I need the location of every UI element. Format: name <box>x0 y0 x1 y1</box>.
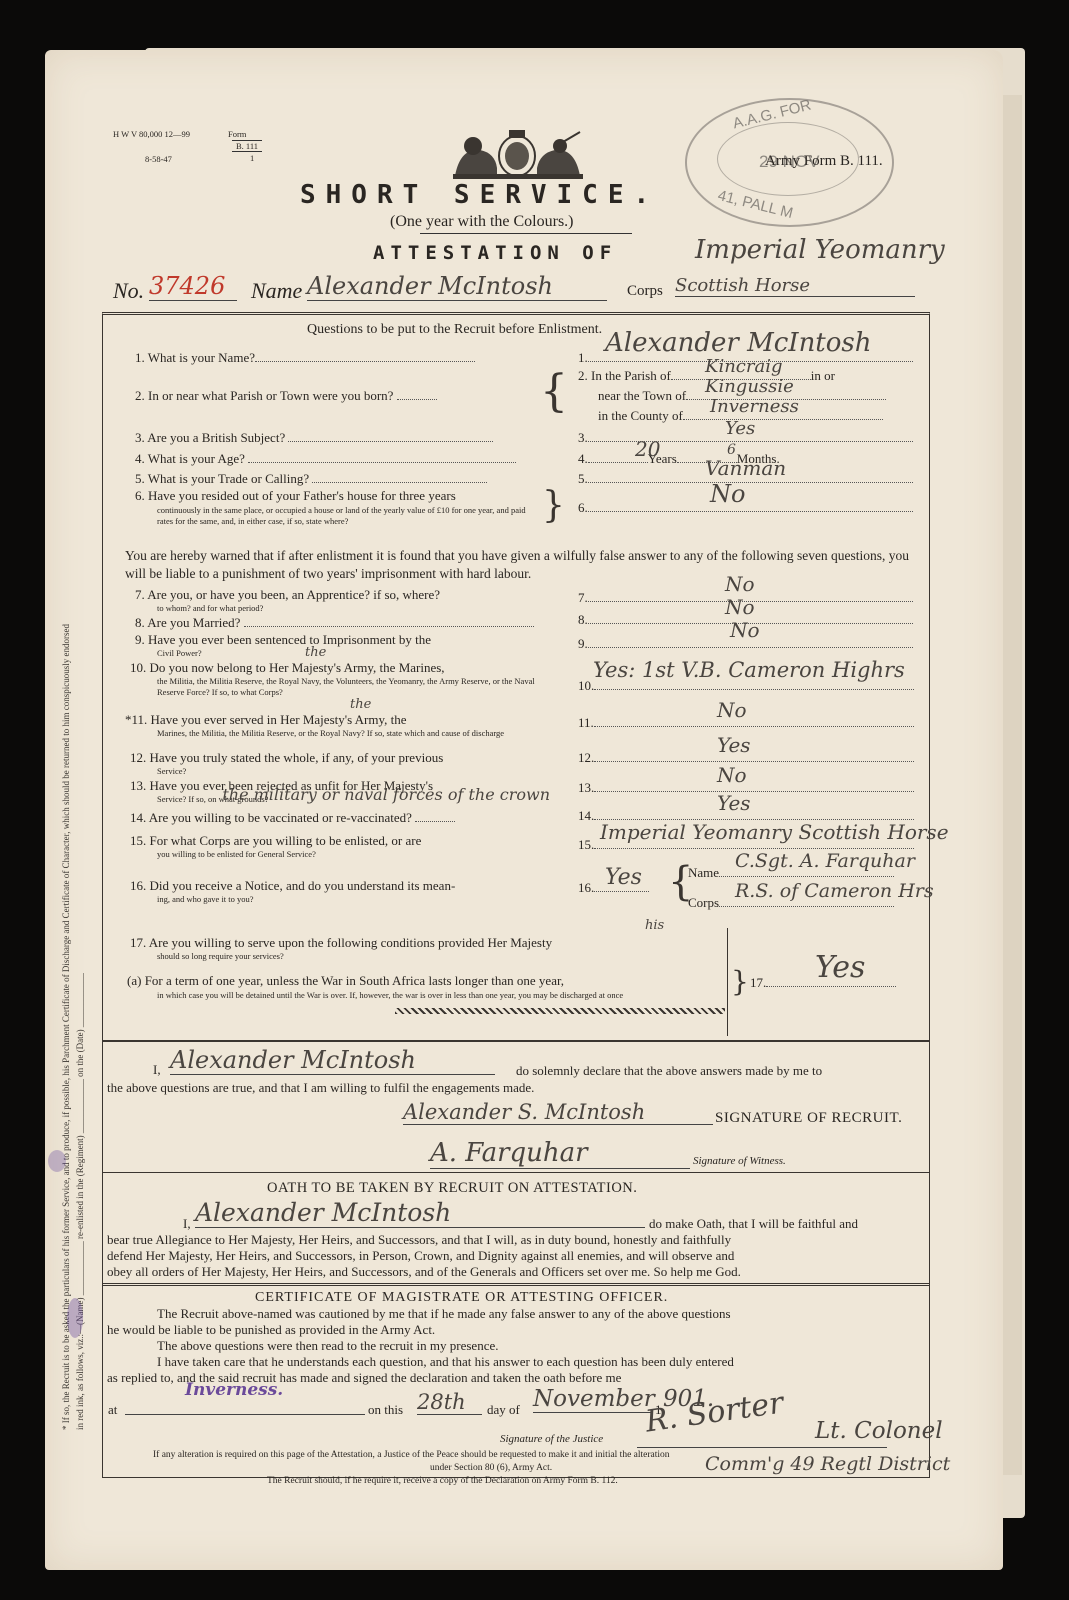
declaration-name: Alexander McIntosh <box>170 1046 495 1075</box>
on-this-label: on this <box>368 1402 403 1418</box>
question-5: 5. What is your Trade or Calling? <box>135 471 487 487</box>
answer-3-value: Yes <box>725 418 755 439</box>
age-years: 20 <box>635 437 660 461</box>
question-3: 3. Are you a British Subject? <box>135 430 493 446</box>
question-10: 10. Do you now belong to Her Majesty's A… <box>130 660 445 676</box>
oath-heading: OATH TO BE TAKEN BY RECRUIT ON ATTESTATI… <box>267 1180 637 1197</box>
condition-a: (a) For a term of one year, unless the W… <box>127 973 564 989</box>
answer-7-value: No <box>725 572 755 596</box>
oath-text1: do make Oath, that I will be faithful an… <box>649 1216 858 1232</box>
declaration-text1: do solemnly declare that the above answe… <box>516 1063 822 1079</box>
attestation-month: November <box>533 1386 653 1413</box>
question-12: 12. Have you truly stated the whole, if … <box>130 750 443 766</box>
certificate-heading: CERTIFICATE OF MAGISTRATE OR ATTESTING O… <box>255 1290 668 1306</box>
certificate-p3a: I have taken care that he understands ea… <box>157 1354 734 1370</box>
answer-16-value: Yes <box>605 865 642 890</box>
form-number: B. 111 <box>232 140 262 152</box>
regimental-number: 37426 <box>149 272 237 301</box>
oath-text2: bear true Allegiance to Her Majesty, Her… <box>107 1232 731 1248</box>
trade-value: Vanman <box>705 456 786 480</box>
answer-8-value: No <box>725 595 755 619</box>
answer-17-value: Yes <box>815 950 865 985</box>
question-17-subtext: should so long require your services? <box>157 951 284 961</box>
back-sheet-edge <box>1000 95 1022 1475</box>
notice-giver-corps-value: R.S. of Cameron Hrs <box>735 880 934 902</box>
witness-signature-label: Signature of Witness. <box>693 1155 786 1167</box>
question-8: 8. Are you Married? <box>135 615 534 631</box>
answer-9-value: No <box>730 618 760 642</box>
recruit-name: Alexander McIntosh <box>307 272 607 301</box>
attestation-heading: ATTESTATION OF <box>373 242 617 264</box>
question-15: 15. For what Corps are you willing to be… <box>130 833 421 849</box>
question-11-annotation: the <box>350 697 371 712</box>
question-16: 16. Did you receive a Notice, and do you… <box>130 878 455 894</box>
question-9: 9. Have you ever been sentenced to Impri… <box>135 632 431 648</box>
question-17-annotation: his <box>645 918 664 933</box>
notice-giver-name-value: C.Sgt. A. Farquhar <box>735 850 915 872</box>
print-code: H W V 80,000 12—99 <box>113 129 190 139</box>
attestation-day: 28th <box>417 1390 482 1415</box>
ink-smudge <box>48 1150 66 1172</box>
question-13-annotation: the military or naval forces of the crow… <box>150 785 550 804</box>
answer-13-value: No <box>717 763 747 787</box>
certificate-p1a: The Recruit above-named was cautioned by… <box>157 1306 731 1322</box>
number-label: No. <box>113 278 144 304</box>
answer-6-value: No <box>710 480 745 508</box>
oath-name: Alexander McIntosh <box>195 1198 645 1228</box>
attestation-place: Inverness. <box>185 1380 283 1400</box>
name-label: Name <box>251 278 302 304</box>
document-subtitle: (One year with the Colours.) <box>390 213 574 231</box>
question-11-subtext: Marines, the Militia, the Militia Reserv… <box>157 728 542 739</box>
footer-line2: under Section 80 (6), Army Act. <box>430 1463 552 1473</box>
question-1: 1. What is your Name? <box>135 350 550 366</box>
margin-note-line2: in red ink, as follows, viz.:—(Name) ___… <box>75 973 85 1430</box>
question-15-subtext: you willing to be enlisted for General S… <box>157 849 316 859</box>
footer-line1: If any alteration is required on this pa… <box>153 1450 670 1460</box>
document-title: SHORT SERVICE. <box>300 180 659 210</box>
justice-title: Lt. Colonel <box>815 1418 943 1444</box>
oath-prefix: I, <box>183 1216 191 1232</box>
justice-title-line2: Comm'g 49 Regtl District <box>705 1453 950 1475</box>
answer-14-value: Yes <box>717 791 751 815</box>
form-label: Form <box>228 129 246 139</box>
question-14: 14. Are you willing to be vaccinated or … <box>130 810 455 826</box>
question-7: 7. Are you, or have you been, an Apprent… <box>135 587 440 603</box>
declaration-text2: the above questions are true, and that I… <box>107 1080 534 1096</box>
print-reference: 8-58-47 <box>145 154 172 164</box>
oath-text4: obey all orders of Her Majesty, Her Heir… <box>107 1264 741 1280</box>
question-2: 2. In or near what Parish or Town were y… <box>135 388 437 404</box>
witness-signature: A. Farquhar <box>430 1138 690 1169</box>
question-17: 17. Are you willing to serve upon the fo… <box>130 935 552 951</box>
oath-text3: defend Her Majesty, Her Heirs, and Succe… <box>107 1248 734 1264</box>
question-11: *11. Have you ever served in Her Majesty… <box>125 712 407 728</box>
corps-handwritten-line2: Scottish Horse <box>675 275 915 297</box>
question-12-subtext: Service? <box>157 766 186 776</box>
question-9-subtext: Civil Power? <box>157 648 202 658</box>
birth-county: Inverness <box>710 396 799 417</box>
birth-parish: Kincraig <box>705 356 783 377</box>
ink-smudge <box>67 1298 83 1338</box>
at-label: at <box>108 1402 117 1418</box>
answer-15-value: Imperial Yeomanry Scottish Horse <box>600 820 949 844</box>
question-10-annotation: the <box>305 645 326 660</box>
army-form-number: Army Form B. 111. <box>765 153 883 170</box>
day-of-label: day of <box>487 1402 520 1418</box>
questions-heading: Questions to be put to the Recruit befor… <box>307 322 602 338</box>
condition-a-subtext: in which case you will be detained until… <box>157 990 717 1001</box>
question-10-subtext: the Militia, the Militia Reserve, the Ro… <box>157 676 542 698</box>
question-6-subtext: continuously in the same place, or occup… <box>157 505 541 527</box>
recruit-signature: Alexander S. McIntosh <box>403 1100 713 1125</box>
footer-line3: The Recruit should, if he require it, re… <box>267 1476 618 1486</box>
certificate-p1b: he would be liable to be punished as pro… <box>107 1322 435 1338</box>
form-fraction-denominator: 1 <box>250 153 254 163</box>
justice-signature-label: Signature of the Justice <box>500 1433 603 1445</box>
false-answer-warning: You are hereby warned that if after enli… <box>125 547 915 583</box>
corps-handwritten-line1: Imperial Yeomanry <box>695 235 945 265</box>
answer-12-value: Yes <box>717 733 751 757</box>
corps-label: Corps <box>627 283 663 300</box>
attestation-form-page: H W V 80,000 12—99 Form B. 111 1 8-58-47… <box>45 50 1003 1570</box>
question-6: 6. Have you resided out of your Father's… <box>135 488 456 504</box>
question-16-subtext: ing, and who gave it to you? <box>157 894 254 904</box>
birth-town: Kingussie <box>705 376 794 397</box>
answer-10-value: Yes: 1st V.B. Cameron Highrs <box>593 658 905 682</box>
answer-1-value: Alexander McIntosh <box>605 328 872 358</box>
question-4: 4. What is your Age? <box>135 451 516 467</box>
struck-out-text <box>395 1008 725 1014</box>
royal-coat-of-arms-icon <box>445 128 590 180</box>
certificate-p2: The above questions were then read to th… <box>157 1338 498 1354</box>
answer-11-value: No <box>717 698 747 722</box>
recruit-signature-label: SIGNATURE OF RECRUIT. <box>715 1110 902 1127</box>
declaration-prefix: I, <box>153 1062 161 1078</box>
question-7-subtext: to whom? and for what period? <box>157 603 263 613</box>
